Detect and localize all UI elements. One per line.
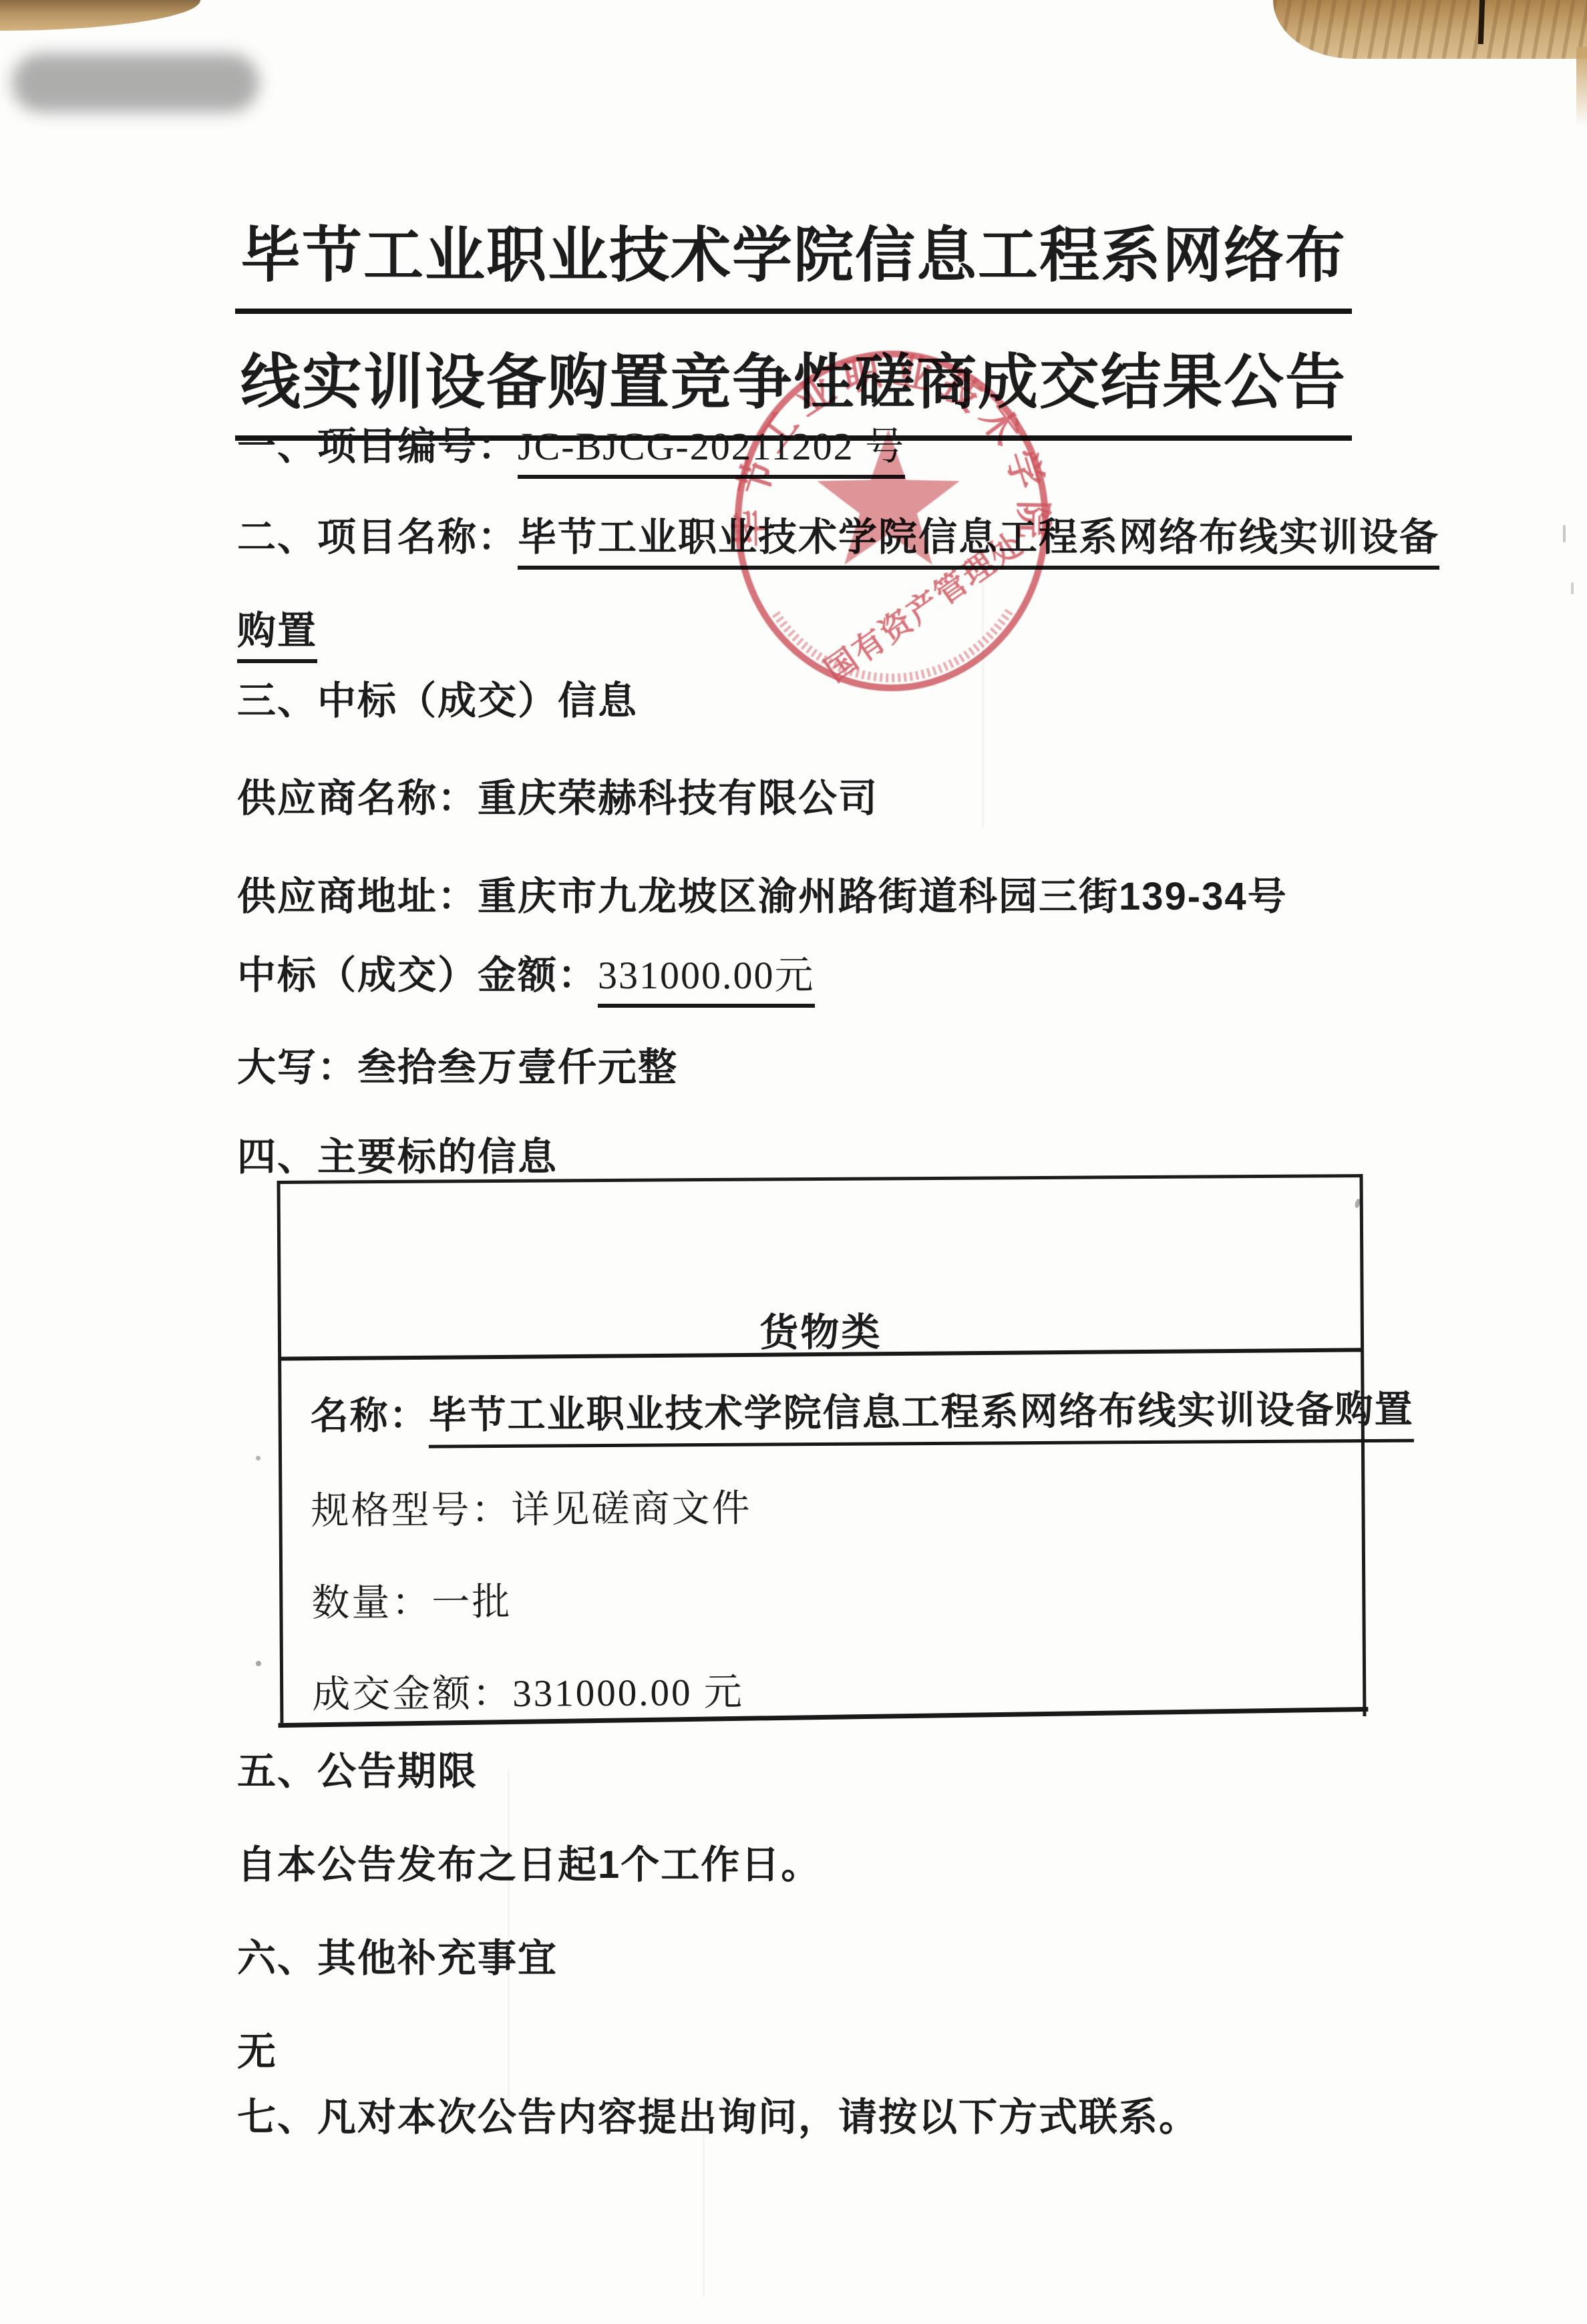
title-underlined-text: 毕节工业职业技术学院信息工程系网络布 [235,220,1352,314]
notice-period-text: 自本公告发布之日起1个工作日。 [237,1843,821,1888]
scan-artifact [256,1456,260,1461]
award-amount-label: 中标（成交）金额： [237,954,598,997]
award-info-heading: 三、中标（成交）信息 [237,679,638,724]
row-label: 名称： [310,1394,428,1438]
scan-artifact [256,1661,261,1666]
scan-edge-top-left [0,0,200,31]
amount-words-value: 叁拾叁万壹仟元整 [357,1046,678,1089]
row-label: 成交金额： [312,1673,512,1716]
award-amount-line: 中标（成交）金额：331000.00元 [237,954,815,998]
heading-text: 三、中标（成交）信息 [237,679,638,723]
heading-text: 六、其他补充事宜 [237,1937,558,1980]
scan-streak [703,2124,705,2297]
supplier-name-line: 供应商名称：重庆荣赫科技有限公司 [237,777,878,821]
row-label: 规格型号： [311,1489,511,1533]
table-row: 规格型号：详见磋商文件 [311,1478,751,1535]
row-value: 331000.00 元 [512,1672,744,1715]
subject-info-table: 货物类 名称：毕节工业职业技术学院信息工程系网络布线实训设备购置 规格型号：详见… [277,1174,1367,1728]
project-name-value-continued: 购置 [237,609,317,663]
row-value: 详见磋商文件 [511,1488,751,1531]
supplier-address-label: 供应商地址： [237,875,478,918]
supplier-address-line: 供应商地址：重庆市九龙坡区渝州路街道科园三街139-34号 [237,875,1288,920]
scanned-announcement-page: 毕节工业职业技术学院信息工程系网络布 线实训设备购置竞争性磋商成交结果公告 一、… [0,0,1587,2324]
body-text: 自本公告发布之日起1个工作日。 [237,1843,821,1887]
scan-edge-right-sliver [1576,47,1587,127]
table-row: 名称：毕节工业职业技术学院信息工程系网络布线实训设备购置 [310,1379,1413,1440]
contact-heading: 七、凡对本次公告内容提出询问，请按以下方式联系。 [237,2096,1199,2140]
supplier-address-value: 重庆市九龙坡区渝州路街道科园三街139-34号 [478,875,1288,918]
supplier-name-label: 供应商名称： [237,777,478,820]
table-border [277,1174,1367,1723]
scan-smudge-top-left [12,53,259,112]
row-value: 毕节工业职业技术学院信息工程系网络布线实训设备购置 [428,1388,1413,1448]
seal-star-icon [818,429,960,565]
scan-artifact [1563,525,1566,542]
project-name-wrap-line: 购置 [237,609,317,654]
other-matters-heading: 六、其他补充事宜 [237,1937,558,1981]
heading-text: 七、凡对本次公告内容提出询问，请按以下方式联系。 [237,2096,1199,2139]
amount-in-words-line: 大写：叁拾叁万壹仟元整 [237,1046,678,1091]
subject-info-heading: 四、主要标的信息 [237,1135,558,1180]
row-value: 一批 [431,1581,512,1624]
official-seal: 毕节工业职业技术学院 国有资产管理处 [728,347,1055,695]
supplier-name-value: 重庆荣赫科技有限公司 [478,777,878,820]
project-name-label: 二、项目名称： [237,516,518,559]
table-row: 成交金额：331000.00 元 [312,1662,744,1719]
scan-edge-top-right [1273,0,1587,59]
amount-words-label: 大写： [237,1046,357,1089]
other-matters-text: 无 [237,2030,277,2075]
heading-text: 五、公告期限 [237,1750,478,1793]
project-number-label: 一、项目编号： [237,425,518,468]
body-text: 无 [237,2030,277,2074]
document-title-line1: 毕节工业职业技术学院信息工程系网络布 [0,220,1587,314]
notice-period-heading: 五、公告期限 [237,1750,478,1794]
heading-text: 四、主要标的信息 [237,1135,558,1179]
table-row: 数量：一批 [311,1571,512,1627]
seal-ink-group: 毕节工业职业技术学院 国有资产管理处 [729,349,1054,688]
row-label: 数量： [311,1582,431,1625]
award-amount-value: 331000.00元 [598,954,815,1008]
scan-artifact [1571,582,1574,594]
